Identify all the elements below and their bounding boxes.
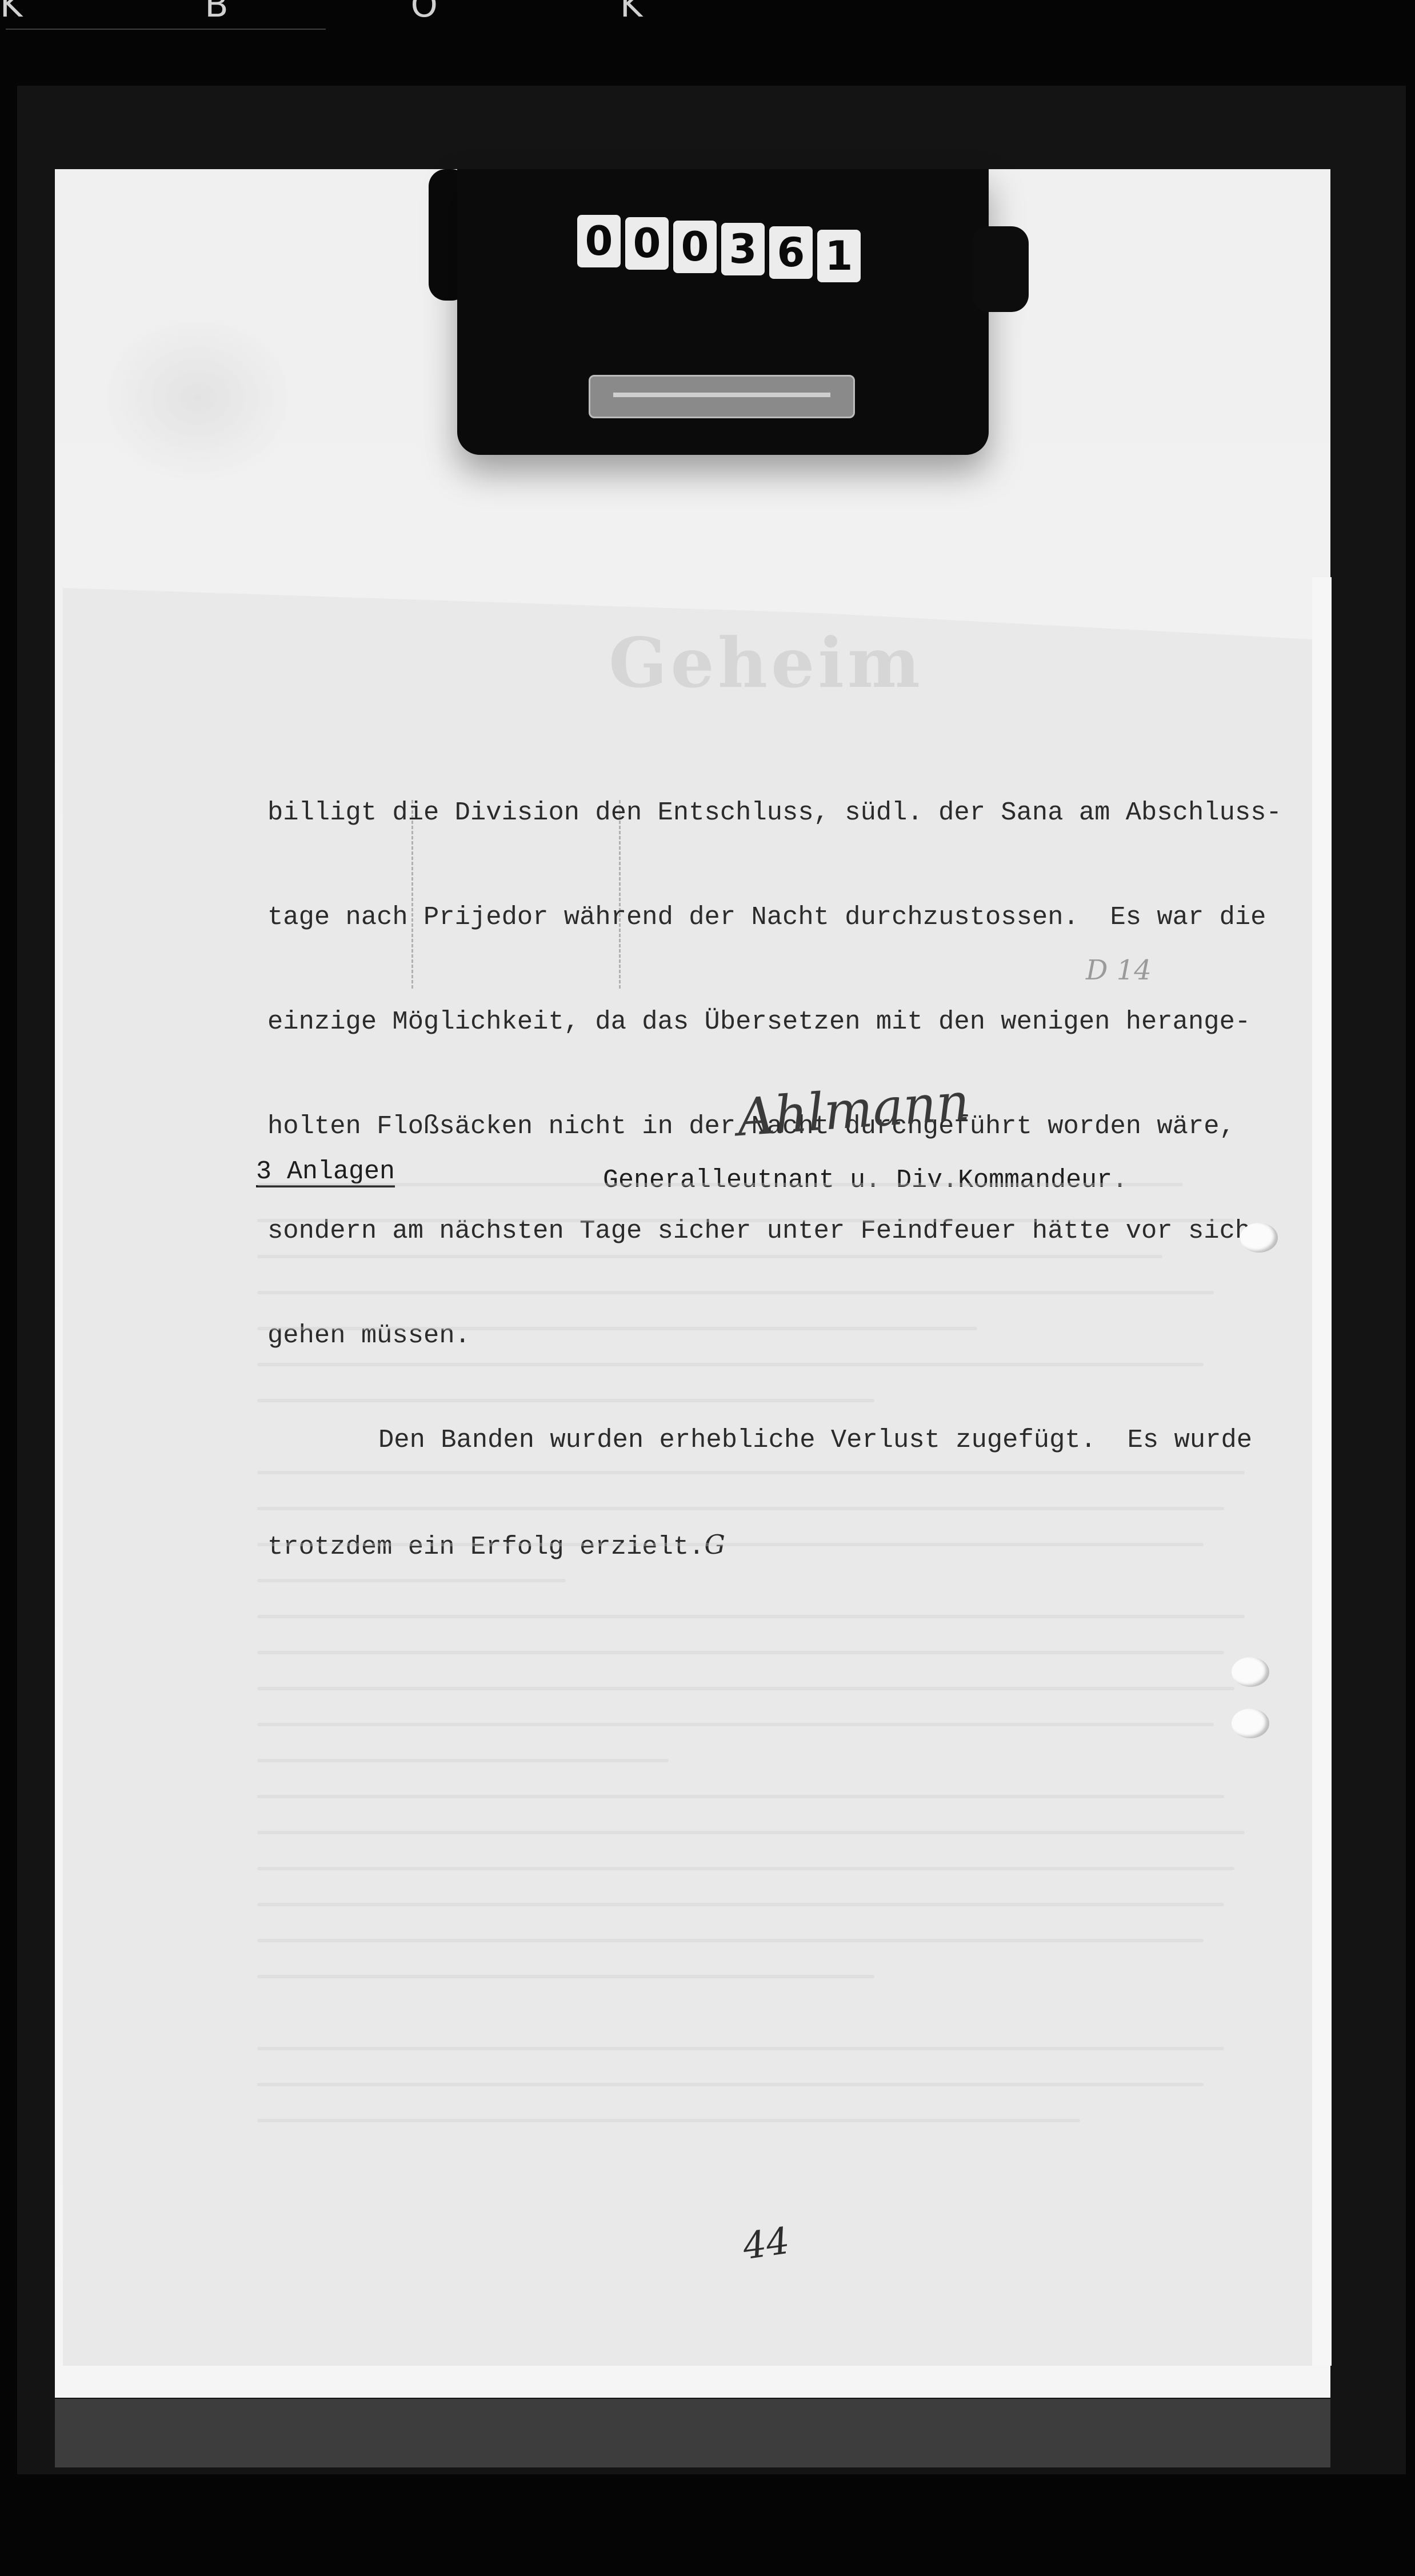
counter-digit: 0 [577, 215, 621, 267]
counter-digit: 0 [673, 221, 717, 273]
counter-digit: 0 [625, 217, 669, 270]
counter-knob-icon [972, 226, 1029, 312]
show-through-text [257, 1183, 1286, 2269]
document-page: Geheim billigt die Division den Entschlu… [63, 577, 1320, 2366]
counter-nameplate [589, 375, 855, 418]
counter-digit: 3 [721, 223, 765, 275]
punch-hole-icon [1232, 1657, 1269, 1687]
punch-hole-icon [1232, 1709, 1269, 1738]
sheet-edge [1312, 577, 1332, 2366]
film-scratch [6, 29, 326, 30]
sheet-shadow [95, 312, 301, 483]
classification-watermark: Geheim [609, 623, 924, 703]
handwritten-page-number: 44 [740, 2220, 792, 2269]
punch-hole-icon [1240, 1223, 1278, 1253]
margin-annotation: D 14 [1086, 954, 1152, 986]
enclosures-note: 3 Anlagen [256, 1157, 395, 1186]
counter-digit: 6 [769, 226, 813, 279]
text-line: einzige Möglichkeit, da das Übersetzen m… [267, 1005, 1285, 1039]
text-line: billigt die Division den Entschluss, süd… [267, 795, 1285, 830]
text-line: tage nach Prijedor während der Nacht dur… [267, 900, 1285, 935]
counter-digits: 0 0 0 3 6 1 [577, 215, 861, 282]
counter-digit: 1 [817, 230, 861, 282]
film-edge-marks: K B O K [0, 0, 728, 25]
frame-counter-device: 0 0 0 3 6 1 [457, 169, 1029, 455]
film-bottom-band [55, 2399, 1330, 2467]
